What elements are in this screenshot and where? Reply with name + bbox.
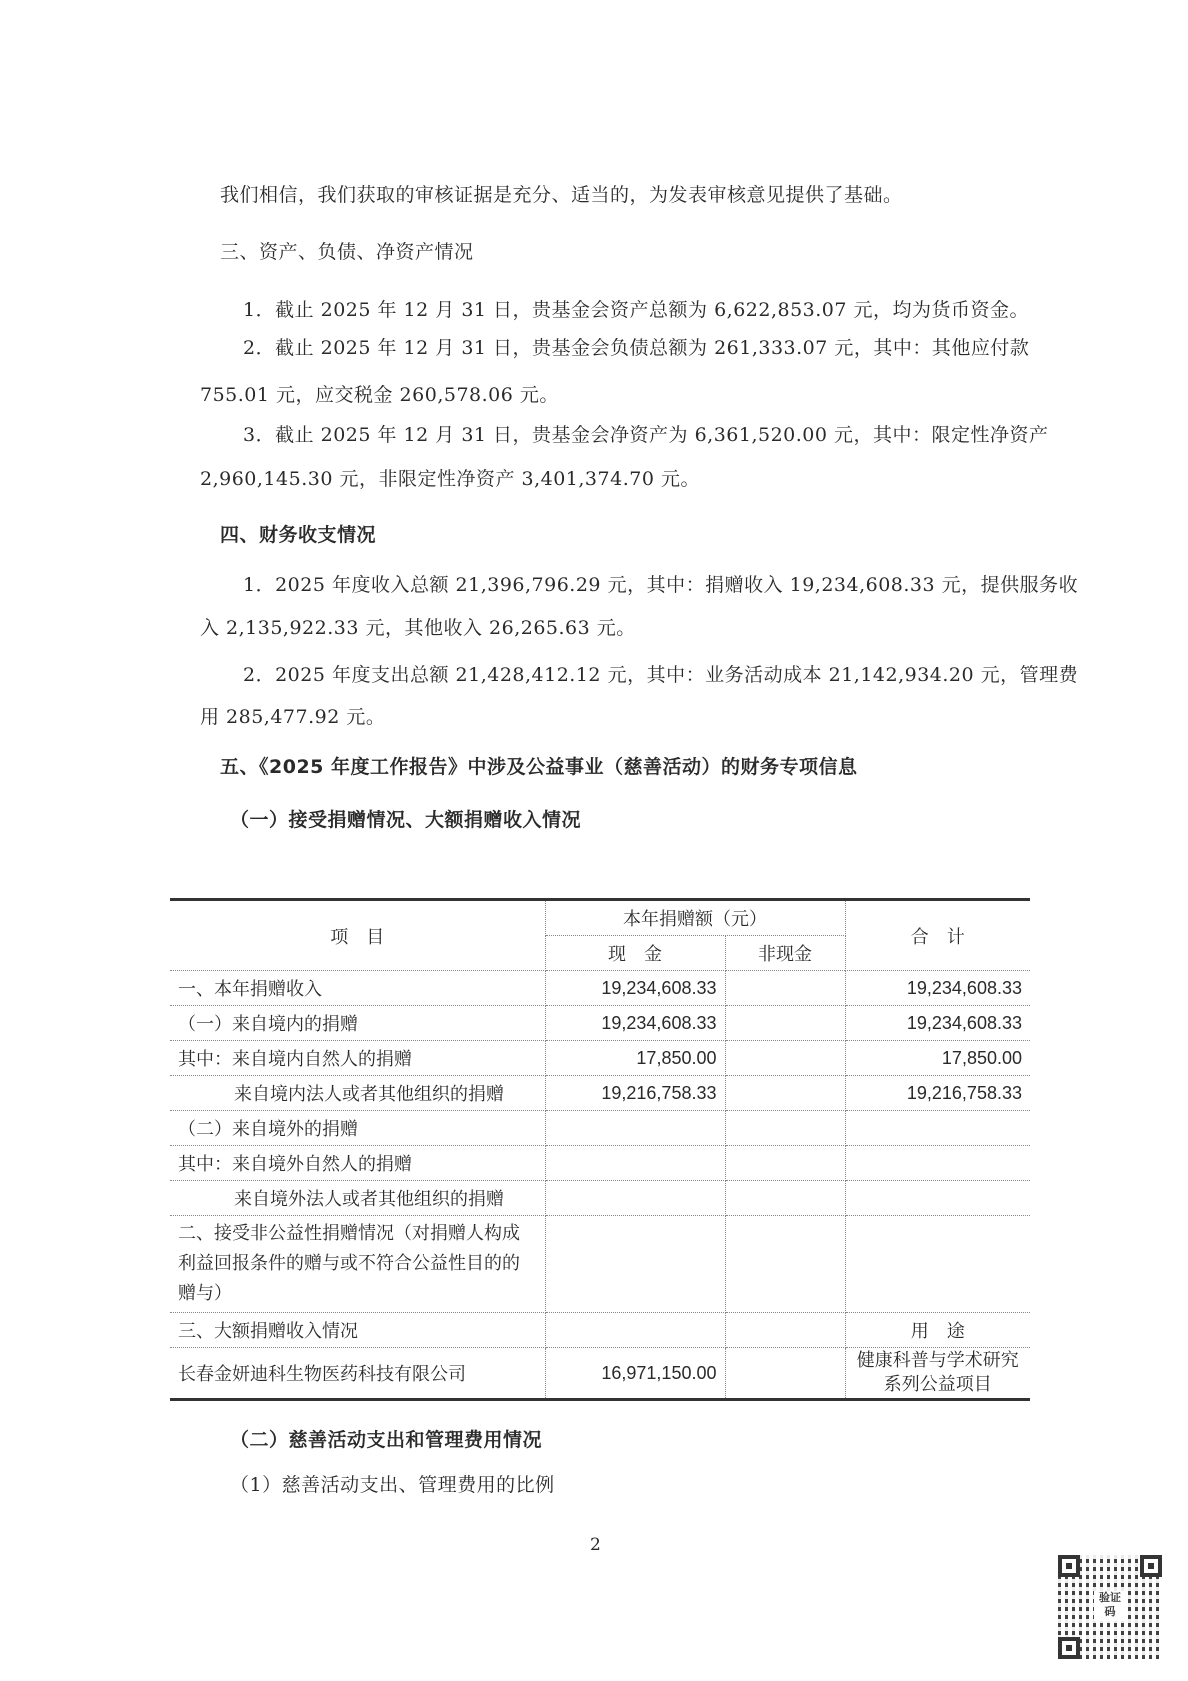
row-cash xyxy=(545,1111,725,1146)
row-cash: 17,850.00 xyxy=(545,1041,725,1076)
row-total xyxy=(845,1216,1030,1313)
table-row: 二、接受非公益性捐赠情况（对捐赠人构成利益回报条件的赠与或不符合公益性目的的赠与… xyxy=(170,1216,1030,1313)
paragraph-liabilities: 2．截止 2025 年 12 月 31 日，贵基金会负债总额为 261,333.… xyxy=(243,333,1029,360)
subsection-heading-expenses: （二）慈善活动支出和管理费用情况 xyxy=(230,1425,542,1452)
paragraph-audit-evidence: 我们相信，我们获取的审核证据是充分、适当的，为发表审核意见提供了基础。 xyxy=(220,180,903,207)
row-noncash xyxy=(725,1076,845,1111)
row-total: 19,234,608.33 xyxy=(845,971,1030,1006)
row-noncash xyxy=(725,1348,845,1400)
row-total: 19,234,608.33 xyxy=(845,1006,1030,1041)
row-label: 二、接受非公益性捐赠情况（对捐赠人构成利益回报条件的赠与或不符合公益性目的的赠与… xyxy=(170,1216,545,1313)
header-cash: 现 金 xyxy=(545,936,725,971)
paragraph-expense-ratio: （1）慈善活动支出、管理费用的比例 xyxy=(230,1470,555,1497)
table-row: 来自境外法人或者其他组织的捐赠 xyxy=(170,1181,1030,1216)
header-noncash: 非现金 xyxy=(725,936,845,971)
table-row: 一、本年捐赠收入 19,234,608.33 19,234,608.33 xyxy=(170,971,1030,1006)
donation-table: 项 目 本年捐赠额（元） 合 计 现 金 非现金 一、本年捐赠收入 19,234… xyxy=(170,898,1030,1401)
qr-finder-icon xyxy=(1140,1555,1162,1577)
header-total: 合 计 xyxy=(845,900,1030,971)
row-total xyxy=(845,1146,1030,1181)
row-total: 19,216,758.33 xyxy=(845,1076,1030,1111)
section-heading-charity: 五、《2025 年度工作报告》中涉及公益事业（慈善活动）的财务专项信息 xyxy=(220,752,858,779)
row-cash xyxy=(545,1313,725,1348)
row-label: （二）来自境外的捐赠 xyxy=(170,1111,545,1146)
table-row: 来自境内法人或者其他组织的捐赠 19,216,758.33 19,216,758… xyxy=(170,1076,1030,1111)
row-cash: 16,971,150.00 xyxy=(545,1348,725,1400)
section-heading-assets: 三、资产、负债、净资产情况 xyxy=(220,237,474,264)
qr-code-icon[interactable]: 验证码 xyxy=(1058,1555,1162,1659)
paragraph-net-assets: 3．截止 2025 年 12 月 31 日，贵基金会净资产为 6,361,520… xyxy=(243,420,1049,447)
row-cash xyxy=(545,1146,725,1181)
section-heading-finance: 四、财务收支情况 xyxy=(220,520,376,547)
row-usage: 健康科普与学术研究系列公益项目 xyxy=(845,1348,1030,1400)
row-noncash xyxy=(725,1006,845,1041)
paragraph-expense-cont: 用 285,477.92 元。 xyxy=(200,702,385,729)
qr-finder-icon xyxy=(1058,1637,1080,1659)
row-total xyxy=(845,1181,1030,1216)
row-label: 其中：来自境外自然人的捐赠 xyxy=(170,1146,545,1181)
table-row: 长春金妍迪科生物医药科技有限公司 16,971,150.00 健康科普与学术研究… xyxy=(170,1348,1030,1400)
row-label: 其中：来自境内自然人的捐赠 xyxy=(170,1041,545,1076)
row-cash xyxy=(545,1181,725,1216)
row-cash: 19,234,608.33 xyxy=(545,971,725,1006)
row-noncash xyxy=(725,1146,845,1181)
row-noncash xyxy=(725,1313,845,1348)
qr-finder-icon xyxy=(1058,1555,1080,1577)
header-item: 项 目 xyxy=(170,900,545,971)
paragraph-net-assets-cont: 2,960,145.30 元，非限定性净资产 3,401,374.70 元。 xyxy=(200,464,700,491)
row-label: 来自境内法人或者其他组织的捐赠 xyxy=(170,1076,545,1111)
row-cash: 19,234,608.33 xyxy=(545,1006,725,1041)
paragraph-liabilities-cont: 755.01 元，应交税金 260,578.06 元。 xyxy=(200,380,559,407)
paragraph-income: 1．2025 年度收入总额 21,396,796.29 元，其中：捐赠收入 19… xyxy=(243,570,1078,597)
row-noncash xyxy=(725,971,845,1006)
row-usage-header: 用 途 xyxy=(845,1313,1030,1348)
page-number: 2 xyxy=(590,1535,601,1555)
subsection-heading-donations: （一）接受捐赠情况、大额捐赠收入情况 xyxy=(230,805,581,832)
table-row: 其中：来自境外自然人的捐赠 xyxy=(170,1146,1030,1181)
qr-label: 验证码 xyxy=(1094,1591,1126,1621)
row-total xyxy=(845,1111,1030,1146)
paragraph-total-assets: 1．截止 2025 年 12 月 31 日，贵基金会资产总额为 6,622,85… xyxy=(243,295,1029,322)
row-noncash xyxy=(725,1216,845,1313)
row-label: 长春金妍迪科生物医药科技有限公司 xyxy=(170,1348,545,1400)
table-row: （二）来自境外的捐赠 xyxy=(170,1111,1030,1146)
row-cash xyxy=(545,1216,725,1313)
row-cash: 19,216,758.33 xyxy=(545,1076,725,1111)
row-noncash xyxy=(725,1111,845,1146)
row-label: 三、大额捐赠收入情况 xyxy=(170,1313,545,1348)
table-row: （一）来自境内的捐赠 19,234,608.33 19,234,608.33 xyxy=(170,1006,1030,1041)
table-row: 三、大额捐赠收入情况 用 途 xyxy=(170,1313,1030,1348)
row-label: 来自境外法人或者其他组织的捐赠 xyxy=(170,1181,545,1216)
paragraph-income-cont: 入 2,135,922.33 元，其他收入 26,265.63 元。 xyxy=(200,613,636,640)
paragraph-expense: 2．2025 年度支出总额 21,428,412.12 元，其中：业务活动成本 … xyxy=(243,660,1078,687)
row-noncash xyxy=(725,1181,845,1216)
row-label: 一、本年捐赠收入 xyxy=(170,971,545,1006)
row-noncash xyxy=(725,1041,845,1076)
row-total: 17,850.00 xyxy=(845,1041,1030,1076)
row-label: （一）来自境内的捐赠 xyxy=(170,1006,545,1041)
header-donation-amount: 本年捐赠额（元） xyxy=(545,900,845,936)
table-row: 其中：来自境内自然人的捐赠 17,850.00 17,850.00 xyxy=(170,1041,1030,1076)
